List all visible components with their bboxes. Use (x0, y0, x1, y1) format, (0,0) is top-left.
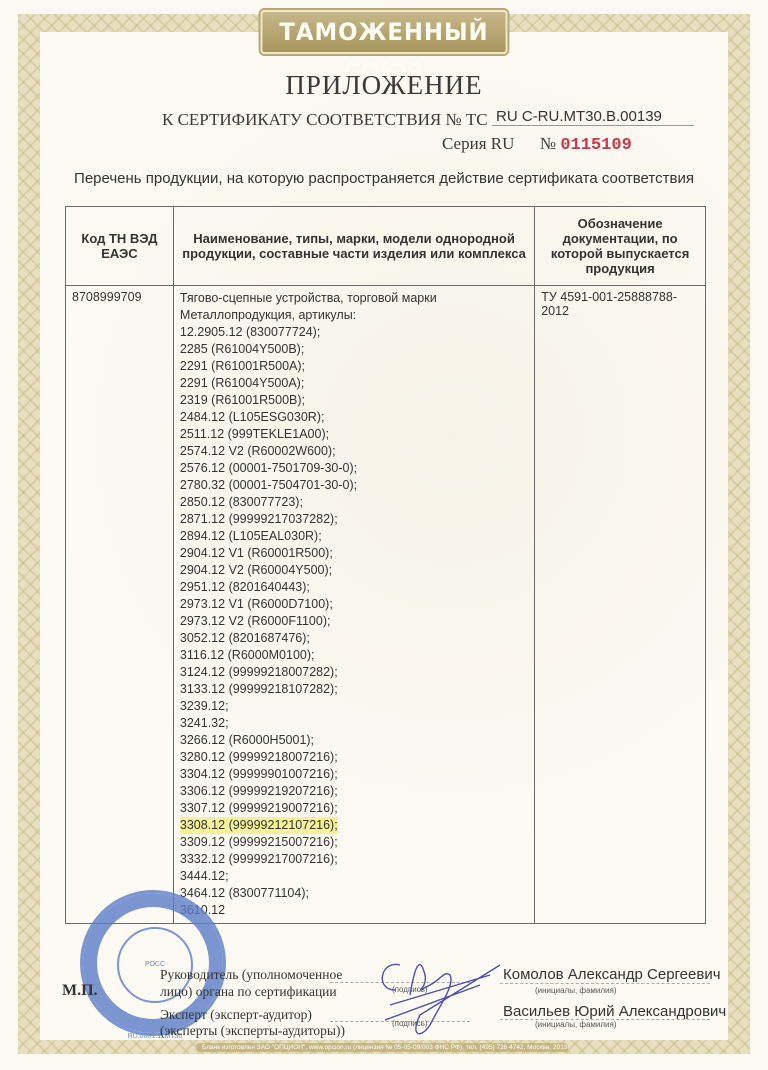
head-role-line1: Руководитель (уполномоченное (160, 966, 342, 983)
article-item: 2871.12 (99999217037282); (180, 511, 528, 528)
series-label: Серия RU (442, 134, 514, 153)
article-item: 2291 (R61004Y500A); (180, 375, 528, 392)
article-item: 2576.12 (00001-7501709-30-0); (180, 460, 528, 477)
article-item: 3052.12 (8201687476); (180, 630, 528, 647)
series-line: Серия RU № 0115109 (442, 134, 632, 155)
header-doc: Обозначение документации, по которой вып… (535, 207, 706, 286)
description-line: Тягово-сцепные устройства, торговой марк… (180, 290, 528, 307)
expert-name-caption: (инициалы, фамилия) (535, 1020, 617, 1029)
handwritten-signature (370, 945, 510, 1045)
blank-footer: Бланк изготовлен ЗАО "ОПЦИОН", www.opcio… (196, 1043, 568, 1052)
customs-union-banner: ТАМОЖЕННЫЙ СОЮЗ (261, 10, 508, 54)
table-row: 8708999709 Тягово-сцепные устройства, то… (66, 286, 706, 924)
cell-items: Тягово-сцепные устройства, торговой марк… (173, 286, 534, 924)
article-item: 2973.12 V1 (R6000D7100); (180, 596, 528, 613)
article-item: 2904.12 V2 (R60004Y500); (180, 562, 528, 579)
article-item: 2319 (R61001R500B); (180, 392, 528, 409)
article-item: 2951.12 (8201640443); (180, 579, 528, 596)
description-line: Металлопродукция, артикулы: (180, 307, 528, 324)
article-item: 3309.12 (99999215007216); (180, 834, 528, 851)
head-name-caption: (инициалы, фамилия) (535, 986, 617, 995)
header-code: Код ТН ВЭД ЕАЭС (66, 207, 174, 286)
article-item: 2904.12 V1 (R60001R500); (180, 545, 528, 562)
expert-name: Васильев Юрий Александрович (503, 1003, 726, 1020)
article-item: 2894.12 (L105EAL030R); (180, 528, 528, 545)
article-item: 3610.12 (180, 902, 528, 919)
highlighted-article: 3308.12 (99999212107216); (180, 817, 338, 834)
article-item: 2285 (R61004Y500B); (180, 341, 528, 358)
article-item: 3241.32; (180, 715, 528, 732)
article-item: 12.2905.12 (830077724); (180, 324, 528, 341)
article-item: 3306.12 (99999219207216); (180, 783, 528, 800)
article-item: 2574.12 V2 (R60002W600); (180, 443, 528, 460)
article-item: 3116.12 (R6000M0100); (180, 647, 528, 664)
article-item: 3266.12 (R6000H5001); (180, 732, 528, 749)
table-header-row: Код ТН ВЭД ЕАЭС Наименование, типы, марк… (66, 207, 706, 286)
head-name: Комолов Александр Сергеевич (503, 966, 721, 983)
page-title: ПРИЛОЖЕНИЕ (0, 70, 768, 101)
article-item: 2973.12 V2 (R6000F1100); (180, 613, 528, 630)
expert-role-line1: Эксперт (эксперт-аудитор) (160, 1006, 312, 1023)
article-item: 2291 (R61001R500A); (180, 358, 528, 375)
article-item: 3332.12 (99999217007216); (180, 851, 528, 868)
cell-code: 8708999709 (66, 286, 174, 924)
certificate-number: RU C-RU.MT30.B.00139 (492, 108, 694, 126)
article-item: 3133.12 (99999218107282); (180, 681, 528, 698)
subtitle: Перечень продукции, на которую распростр… (0, 170, 768, 187)
head-name-line (500, 983, 710, 984)
certificate-label: К СЕРТИФИКАТУ СООТВЕТСТВИЯ № ТС (162, 110, 488, 130)
article-item: 3444.12; (180, 868, 528, 885)
article-item: 2850.12 (830077723); (180, 494, 528, 511)
series-number: 0115109 (560, 136, 631, 155)
article-item: 3307.12 (99999219007216); (180, 800, 528, 817)
header-name: Наименование, типы, марки, модели одноро… (173, 207, 534, 286)
cell-doc: ТУ 4591-001-25888788-2012 (535, 286, 706, 924)
article-item: 3280.12 (99999218007216); (180, 749, 528, 766)
article-item: 3304.12 (99999901007216); (180, 766, 528, 783)
article-item: 3239.12; (180, 698, 528, 715)
series-no-label: № (540, 134, 556, 153)
article-item: 2780.32 (00001-7504701-30-0); (180, 477, 528, 494)
article-item: 3124.12 (99999218007282); (180, 664, 528, 681)
article-item: 2511.12 (999TEKLE1A00); (180, 426, 528, 443)
mp-label: М.П. (62, 982, 98, 1000)
article-item: 2484.12 (L105ESG030R); (180, 409, 528, 426)
head-role-line2: лицо) органа по сертификации (160, 983, 337, 1000)
article-item: 3464.12 (8300771104); (180, 885, 528, 902)
article-item: 3308.12 (99999212107216); (180, 817, 528, 834)
product-table: Код ТН ВЭД ЕАЭС Наименование, типы, марк… (65, 206, 706, 924)
expert-role-line2: (эксперты (эксперты-аудиторы)) (160, 1022, 345, 1039)
